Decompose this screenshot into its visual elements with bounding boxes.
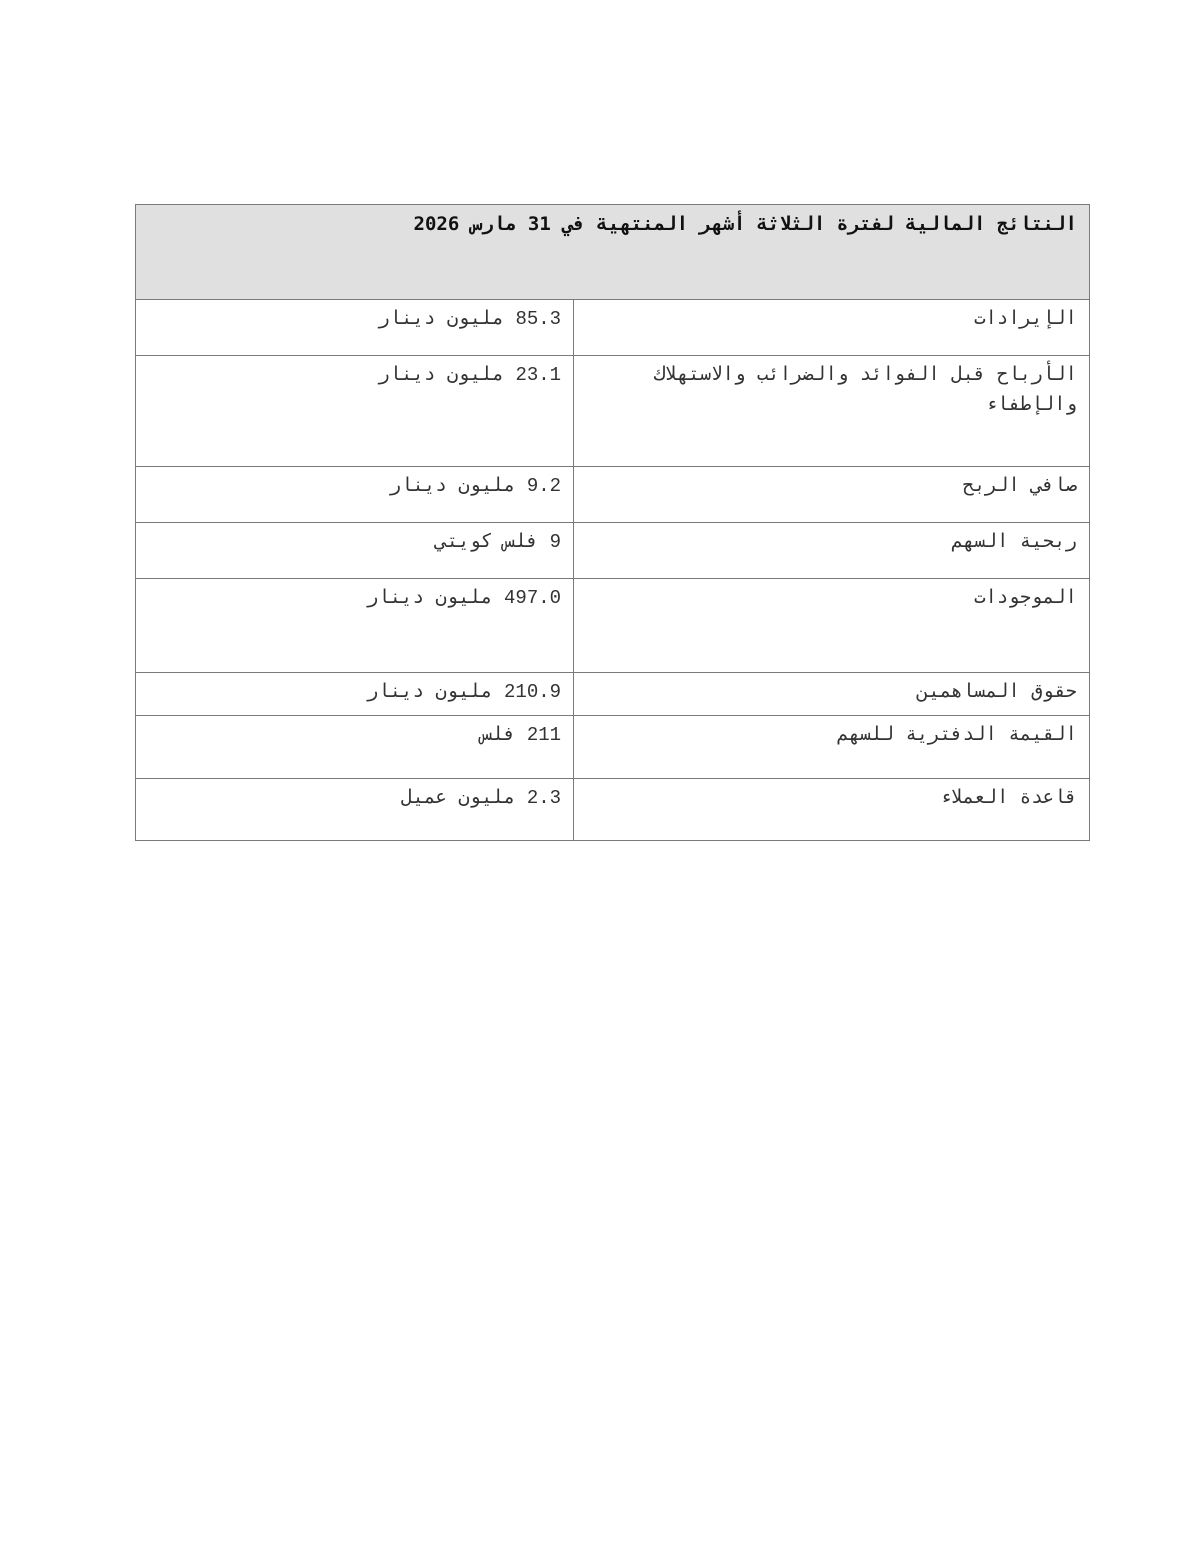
table-row: الإيرادات 85.3 مليون دينار bbox=[136, 300, 1090, 356]
table-row: الموجودات 497.0 مليون دينار bbox=[136, 579, 1090, 673]
row-value: 9.2 مليون دينار bbox=[136, 467, 574, 523]
table-row: قاعدة العملاء 2.3 مليون عميل bbox=[136, 779, 1090, 841]
table-row: صافي الربح 9.2 مليون دينار bbox=[136, 467, 1090, 523]
financial-results-table: النتائج المالية لفترة الثلاثة أشهر المنت… bbox=[135, 204, 1090, 841]
row-value: 211 فلس bbox=[136, 716, 574, 779]
table-row: حقوق المساهمين 210.9 مليون دينار bbox=[136, 673, 1090, 716]
row-value: 2.3 مليون عميل bbox=[136, 779, 574, 841]
row-value: 497.0 مليون دينار bbox=[136, 579, 574, 673]
row-label: صافي الربح bbox=[574, 467, 1090, 523]
table-header-row: النتائج المالية لفترة الثلاثة أشهر المنت… bbox=[136, 205, 1090, 300]
row-label: ربحية السهم bbox=[574, 523, 1090, 579]
row-label: الموجودات bbox=[574, 579, 1090, 673]
row-label: حقوق المساهمين bbox=[574, 673, 1090, 716]
table-row: القيمة الدفترية للسهم 211 فلس bbox=[136, 716, 1090, 779]
document-page: النتائج المالية لفترة الثلاثة أشهر المنت… bbox=[0, 0, 1200, 1554]
row-value: 210.9 مليون دينار bbox=[136, 673, 574, 716]
table-row: الأرباح قبل الفوائد والضرائب والاستهلاك … bbox=[136, 356, 1090, 467]
row-value: 85.3 مليون دينار bbox=[136, 300, 574, 356]
row-label: قاعدة العملاء bbox=[574, 779, 1090, 841]
row-label: الأرباح قبل الفوائد والضرائب والاستهلاك … bbox=[574, 356, 1090, 467]
table-title: النتائج المالية لفترة الثلاثة أشهر المنت… bbox=[136, 205, 1090, 300]
row-value: 9 فلس كويتي bbox=[136, 523, 574, 579]
row-label: القيمة الدفترية للسهم bbox=[574, 716, 1090, 779]
row-value: 23.1 مليون دينار bbox=[136, 356, 574, 467]
table-row: ربحية السهم 9 فلس كويتي bbox=[136, 523, 1090, 579]
row-label: الإيرادات bbox=[574, 300, 1090, 356]
